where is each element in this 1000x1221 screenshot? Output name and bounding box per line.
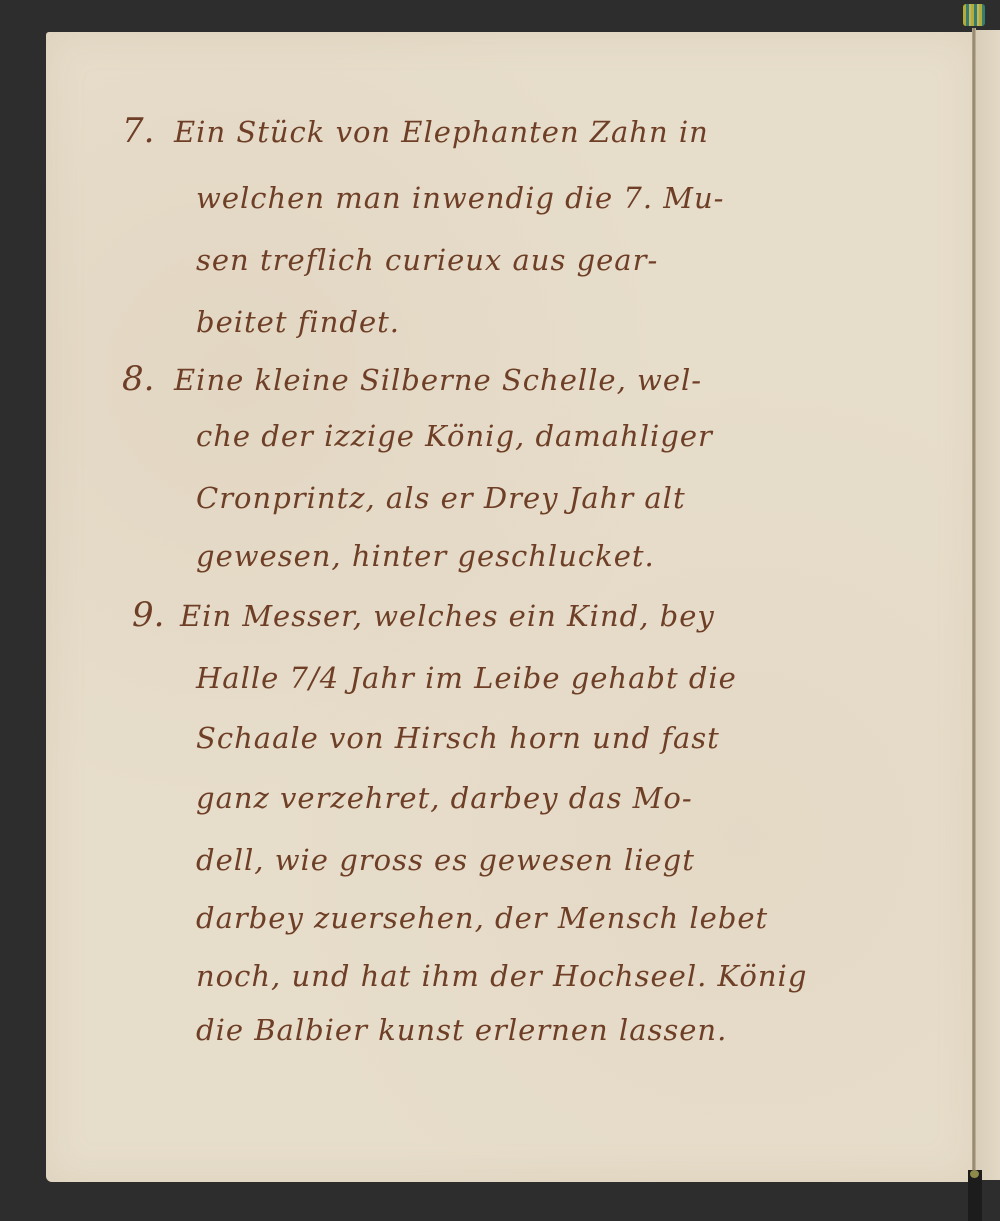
entry-9-line-7: noch, und hat ihm der Hochseel. König: [196, 962, 807, 991]
entry-8-line-3: Cronprintz, als er Drey Jahr alt: [196, 484, 686, 513]
entry-9-line-5: dell, wie gross es gewesen liegt: [196, 846, 695, 875]
manuscript-page: 7. Ein Stück von Elephanten Zahn in welc…: [46, 32, 976, 1182]
entry-number-7: 7.: [122, 114, 154, 148]
entry-7-line-2: welchen man inwendig die 7. Mu-: [196, 184, 724, 213]
facing-page-edge: [976, 30, 1000, 1180]
entry-9-line-6: darbey zuersehen, der Mensch lebet: [196, 904, 768, 933]
entry-8-line-1: Eine kleine Silberne Schelle, wel-: [174, 366, 702, 395]
entry-9-line-8: die Balbier kunst erlernen lassen.: [196, 1016, 727, 1045]
entry-9-line-1: Ein Messer, welches ein Kind, bey: [180, 602, 715, 631]
book-headband: [963, 4, 985, 26]
entry-8-line-4: gewesen, hinter geschlucket.: [196, 542, 655, 571]
entry-7-line-3: sen treflich curieux aus gear-: [196, 246, 658, 275]
entry-7-line-4: beitet findet.: [196, 308, 400, 337]
entry-number-9: 9.: [132, 598, 164, 632]
entry-9-line-3: Schaale von Hirsch horn und fast: [196, 724, 720, 753]
manuscript-text: 7. Ein Stück von Elephanten Zahn in welc…: [46, 32, 976, 1182]
entry-8-line-2: che der izzige König, damahliger: [196, 422, 713, 451]
entry-7-line-1: Ein Stück von Elephanten Zahn in: [174, 118, 709, 147]
entry-9-line-2: Halle 7/4 Jahr im Leibe gehabt die: [196, 664, 737, 693]
entry-9-line-4: ganz verzehret, darbey das Mo-: [196, 784, 693, 813]
book-tailband: [968, 1170, 982, 1221]
entry-number-8: 8.: [122, 362, 154, 396]
